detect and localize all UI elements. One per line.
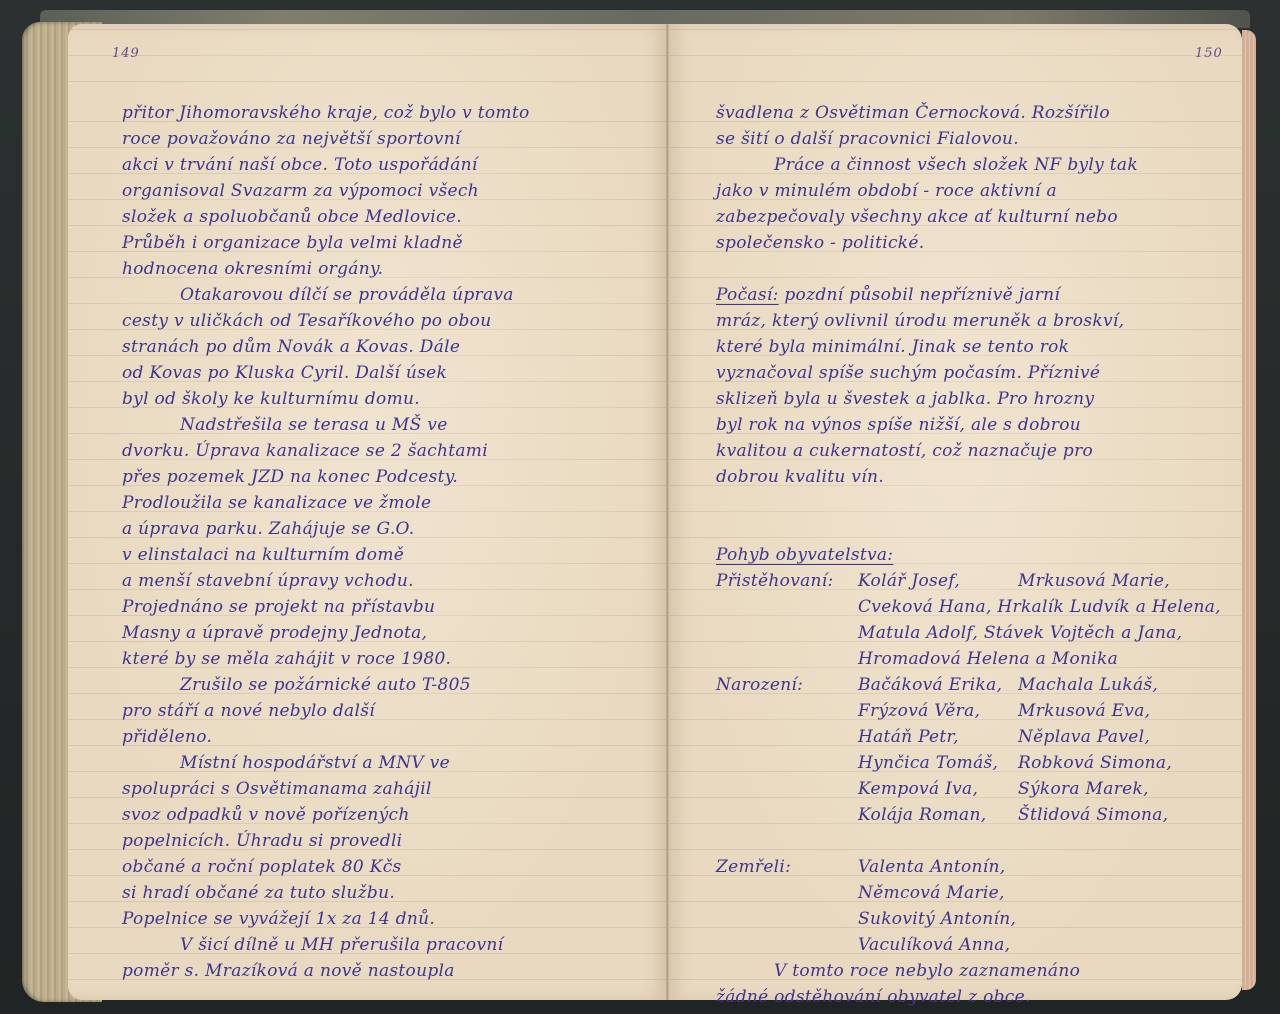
moved-in-row: Hromadová Helena a Monika	[716, 646, 1236, 672]
population-heading: Pohyb obyvatelstva:	[716, 542, 1236, 568]
name-cell: Hynčica Tomáš,	[858, 750, 1018, 776]
born-row: Kempová Iva, Sýkora Marek,	[716, 776, 1236, 802]
name-cell: Hromadová Helena a Monika	[858, 646, 1236, 672]
text-line: hodnocena okresními orgány.	[122, 256, 652, 282]
moved-in-row: Matula Adolf, Stávek Vojtěch a Jana,	[716, 620, 1236, 646]
text-line: občané a roční poplatek 80 Kčs	[122, 854, 652, 880]
name-cell: Vaculíková Anna,	[858, 932, 1236, 958]
text-line: od Kovas po Kluska Cyril. Další úsek	[122, 360, 652, 386]
text-line: popelnicích. Úhradu si provedli	[122, 828, 652, 854]
name-cell: Matula Adolf, Stávek Vojtěch a Jana,	[858, 620, 1236, 646]
name-cell: Machala Lukáš,	[1018, 672, 1236, 698]
moved-in-row: Přistěhovaní: Kolář Josef, Mrkusová Mari…	[716, 568, 1236, 594]
text-line: roce považováno za největší sportovní	[122, 126, 652, 152]
text-line: Masny a úpravě prodejny Jednota,	[122, 620, 652, 646]
text-line: poměr s. Mrazíková a nově nastoupla	[122, 958, 652, 984]
text-line: cesty v uličkách od Tesaříkového po obou	[122, 308, 652, 334]
name-cell: Štlidová Simona,	[1018, 802, 1236, 828]
blank-line	[716, 516, 1236, 542]
name-cell: Sukovitý Antonín,	[858, 906, 1236, 932]
text-line: švadlena z Osvětiman Černocková. Rozšíři…	[716, 100, 1236, 126]
paragraph-start-line: Práce a činnost všech složek NF byly tak	[716, 152, 1236, 178]
text-line: které by se měla zahájit v roce 1980.	[122, 646, 652, 672]
blank-line	[716, 256, 1236, 282]
text-line: přitor Jihomoravského kraje, což bylo v …	[122, 100, 652, 126]
weather-first-line: Počasí: pozdní působil nepříznivě jarní	[716, 282, 1236, 308]
text-line: dobrou kvalitu vín.	[716, 464, 1236, 490]
right-page-text: švadlena z Osvětiman Černocková. Rozšíři…	[716, 100, 1236, 1010]
text-line: se šití o další pracovnici Fialovou.	[716, 126, 1236, 152]
deceased-row: Němcová Marie,	[716, 880, 1236, 906]
text-line: kvalitou a cukernatostí, což naznačuje p…	[716, 438, 1236, 464]
blank-line	[716, 828, 1236, 854]
paragraph-start-line: Nadstřešila se terasa u MŠ ve	[122, 412, 652, 438]
left-page-text: přitor Jihomoravského kraje, což bylo v …	[122, 100, 652, 984]
text-line: si hradí občané za tuto službu.	[122, 880, 652, 906]
text-line: organisoval Svazarm za výpomoci všech	[122, 178, 652, 204]
born-row: Frýzová Věra, Mrkusová Eva,	[716, 698, 1236, 724]
deceased-label: Zemřeli:	[716, 854, 858, 880]
name-cell: Hatáň Petr,	[858, 724, 1018, 750]
text-line: sklizeň byla u švestek a jablka. Pro hro…	[716, 386, 1236, 412]
deceased-row: Vaculíková Anna,	[716, 932, 1236, 958]
weather-text: pozdní působil nepříznivě jarní	[784, 285, 1060, 305]
name-cell: Mrkusová Eva,	[1018, 698, 1236, 724]
born-row: Narození: Bačáková Erika, Machala Lukáš,	[716, 672, 1236, 698]
name-cell: Kolája Roman,	[858, 802, 1018, 828]
text-line: byl od školy ke kulturnímu domu.	[122, 386, 652, 412]
deceased-row: Sukovitý Antonín,	[716, 906, 1236, 932]
closing-line: žádné odstěhování obyvatel z obce.	[716, 984, 1236, 1010]
left-page-number: 149	[112, 46, 140, 61]
text-line: pro stáří a nové nebylo další	[122, 698, 652, 724]
deceased-row: Zemřeli: Valenta Antonín,	[716, 854, 1236, 880]
name-cell: Němcová Marie,	[858, 880, 1236, 906]
text-line: zabezpečovaly všechny akce ať kulturní n…	[716, 204, 1236, 230]
text-line: mráz, který ovlivnil úrodu meruněk a bro…	[716, 308, 1236, 334]
text-line: dvorku. Úprava kanalizace se 2 šachtami	[122, 438, 652, 464]
right-page-number: 150	[1195, 46, 1223, 61]
name-cell: Kempová Iva,	[858, 776, 1018, 802]
paragraph-start-line: Zrušilo se požárnické auto T-805	[122, 672, 652, 698]
name-cell: Valenta Antonín,	[858, 854, 1236, 880]
text-line: v elinstalaci na kulturním domě	[122, 542, 652, 568]
text-line: společensko - politické.	[716, 230, 1236, 256]
text-line: a úprava parku. Zahájuje se G.O.	[122, 516, 652, 542]
page-stack-right	[1242, 30, 1256, 990]
name-cell: Mrkusová Marie,	[1018, 568, 1236, 594]
moved-in-label: Přistěhovaní:	[716, 568, 858, 594]
text-line: akci v trvání naší obce. Toto uspořádání	[122, 152, 652, 178]
text-line: spolupráci s Osvětimanama zahájil	[122, 776, 652, 802]
paragraph-start-line: Otakarovou dílčí se prováděla úprava	[122, 282, 652, 308]
paragraph-start-line: Místní hospodářství a MNV ve	[122, 750, 652, 776]
closing-line: V tomto roce nebylo zaznamenáno	[716, 958, 1236, 984]
born-row: Hynčica Tomáš, Robková Simona,	[716, 750, 1236, 776]
name-cell: Bačáková Erika,	[858, 672, 1018, 698]
blank-line	[716, 490, 1236, 516]
text-line: a menší stavební úpravy vchodu.	[122, 568, 652, 594]
text-line: přiděleno.	[122, 724, 652, 750]
name-cell: Něplava Pavel,	[1018, 724, 1236, 750]
text-line: vyznačoval spíše suchým počasím. Přízniv…	[716, 360, 1236, 386]
moved-in-row: Cveková Hana, Hrkalík Ludvík a Helena,	[716, 594, 1236, 620]
text-line: svoz odpadků v nově pořízených	[122, 802, 652, 828]
book-gutter	[666, 24, 669, 1000]
text-line: přes pozemek JZD na konec Podcesty.	[122, 464, 652, 490]
name-cell: Robková Simona,	[1018, 750, 1236, 776]
text-line: které byla minimální. Jinak se tento rok	[716, 334, 1236, 360]
born-label: Narození:	[716, 672, 858, 698]
name-cell: Sýkora Marek,	[1018, 776, 1236, 802]
born-row: Hatáň Petr, Něplava Pavel,	[716, 724, 1236, 750]
text-line: Projednáno se projekt na přístavbu	[122, 594, 652, 620]
name-cell: Cveková Hana, Hrkalík Ludvík a Helena,	[858, 594, 1236, 620]
name-cell: Frýzová Věra,	[858, 698, 1018, 724]
text-line: Průběh i organizace byla velmi kladně	[122, 230, 652, 256]
text-line: Popelnice se vyvážejí 1x za 14 dnů.	[122, 906, 652, 932]
paragraph-start-line: V šicí dílně u MH přerušila pracovní	[122, 932, 652, 958]
born-row: Kolája Roman, Štlidová Simona,	[716, 802, 1236, 828]
text-line: stranách po dům Novák a Kovas. Dále	[122, 334, 652, 360]
name-cell: Kolář Josef,	[858, 568, 1018, 594]
weather-heading: Počasí:	[716, 285, 779, 305]
text-line: byl rok na výnos spíše nižší, ale s dobr…	[716, 412, 1236, 438]
text-line: jako v minulém období - roce aktivní a	[716, 178, 1236, 204]
text-line: Prodloužila se kanalizace ve žmole	[122, 490, 652, 516]
text-line: složek a spoluobčanů obce Medlovice.	[122, 204, 652, 230]
